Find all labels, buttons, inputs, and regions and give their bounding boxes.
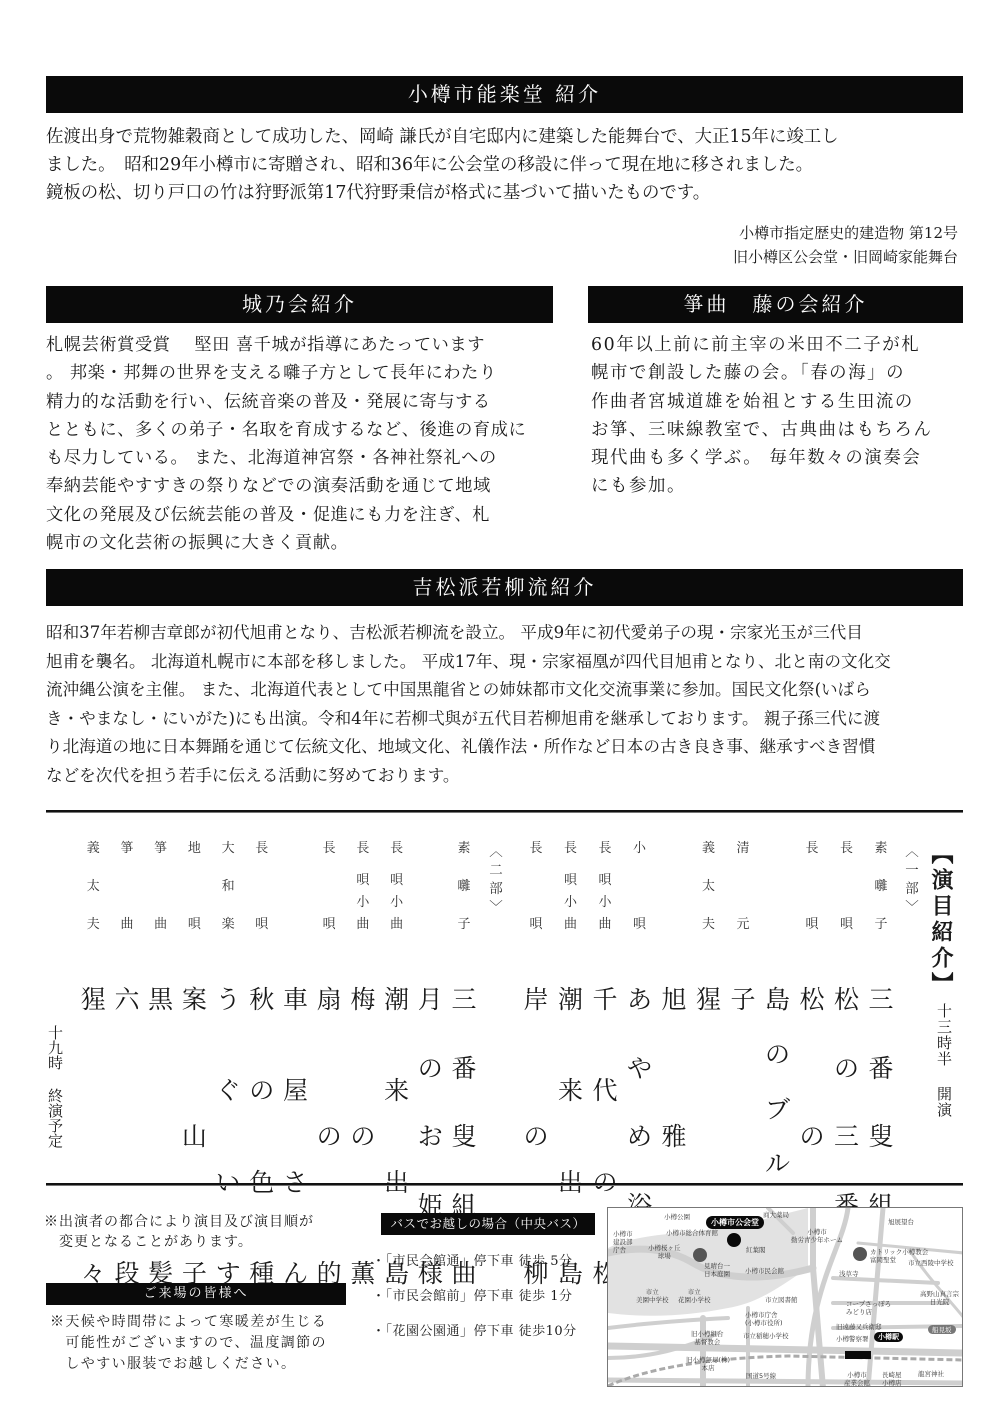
text-line: しやすい服装でお越しください。 [50, 1354, 327, 1375]
start-time: 十三時半 開演 [934, 1003, 955, 1118]
map-label-inaho: 市立稲穂小学校 [743, 1332, 789, 1340]
program-genre: 長唄 [314, 842, 344, 972]
bus-heading: バスでお越しの場合（中央バス） [381, 1213, 595, 1235]
map-label-ryugu: 龍宮神社 [918, 1370, 944, 1378]
map-label-kotohira: 旧小樽無尽(株) 本店 [686, 1356, 730, 1372]
program-genre [659, 842, 689, 972]
end-time: 十九時 終演予定 [45, 1025, 66, 1148]
visitors-heading-bar: ご来場の皆様へ [46, 1283, 346, 1305]
bus-stop-3: ・「花園公園通」停下車 徒歩10分 [372, 1320, 577, 1339]
bus-stop-2: ・「市民会館前」停下車 徒歩 1分 [372, 1285, 573, 1304]
program-item: 長唄松の緑 [797, 842, 827, 1162]
program-genre [415, 842, 445, 972]
program-genre: 長唄 [832, 842, 862, 972]
map-label-sangyo: 小樽市 産業会館 [844, 1371, 870, 1387]
program-genre: 箏曲 [146, 842, 176, 972]
program-item: 小唄あやめ浴衣 [625, 842, 655, 1162]
program-item: 箏曲六段 [112, 842, 142, 1162]
program-genre: 素囃子 [866, 842, 896, 972]
map-label-kumiai: 旧小樽組合 基督教会 [691, 1330, 724, 1346]
map-label-construction: 小樽市 建設部 庁舎 [613, 1230, 633, 1254]
text-line: ※出演者の都合により演目及び演目順が [44, 1212, 314, 1232]
map-label-stadium: 小樽桜ヶ丘 球場 [648, 1244, 681, 1260]
program-item: 長唄秋の色種 [247, 842, 277, 1162]
program-genre: 地唄 [179, 842, 209, 972]
program-genre: 箏曲 [112, 842, 142, 972]
program-item: 島のブルース [763, 842, 793, 1162]
divider-bottom [46, 1183, 963, 1186]
map-label-youth-home: 小樽市 勤労青少年ホーム [791, 1228, 843, 1244]
visitors-notice: ※天候や時間帯によって寒暖差が生じる 可能性がございますので、温度調節の しやす… [50, 1312, 327, 1375]
program-item: 長唄小曲梅の薫 [348, 842, 378, 1162]
map-label-gym: 小樽市総合体育館 [666, 1229, 718, 1237]
program-title: 潮来出島 [556, 987, 586, 1287]
program-item: 大和楽うぐいす [213, 842, 243, 1162]
map-label-asakusa: 浅草寺 [839, 1270, 859, 1278]
map-label-asahi: 旭展望台 [888, 1218, 914, 1226]
program-heading: 【演目紹介】 [926, 842, 957, 998]
program-genre: 長唄小曲 [348, 842, 378, 972]
map-funamizaka-callout: 船見坂 [928, 1325, 956, 1334]
program-genre: 義太夫 [694, 842, 724, 972]
text-line: 変更となることがあります。 [44, 1232, 314, 1252]
program-item: 月のお姫様 [415, 842, 445, 1162]
map-venue-callout[interactable]: 小樽市公会堂 [706, 1216, 764, 1229]
program-genre: 大和楽 [213, 842, 243, 972]
venue-label: 小樽市公会堂 [711, 1218, 759, 1227]
program-item: 義太夫猩々 [78, 842, 108, 1162]
bus-stop-1: ・「市民会館通」停下車 徒歩 5分 [372, 1250, 573, 1269]
map-label-pharmacy: 商大薬局 [763, 1211, 789, 1219]
program-item: 長唄扇の的 [314, 842, 344, 1162]
map-label-hanazono-es: 市立 花園小学校 [678, 1288, 711, 1304]
program-genre: 小唄 [625, 842, 655, 972]
program-item: 地唄案山子 [179, 842, 209, 1162]
station-label: 小樽駅 [878, 1333, 899, 1341]
program-title: 三番叟組曲 [449, 987, 479, 1287]
text-line: ※天候や時間帯によって寒暖差が生じる [50, 1312, 327, 1333]
program-title: 梅の薫 [348, 987, 378, 1287]
program-item: 義太夫猩々 [694, 842, 724, 1162]
map-label-route5: 国道5号線 [746, 1372, 776, 1380]
program-genre: 長唄小曲 [382, 842, 412, 972]
text-line: 可能性がございますので、温度調節の [50, 1333, 327, 1354]
program-item: 旭雅会 [659, 842, 689, 1162]
map-label-cityhall: 小樽市庁舎 (小樽市役所) [745, 1311, 783, 1327]
program-item: 車屋さん [281, 842, 311, 1162]
program-item: 長唄松の三番叟 [832, 842, 862, 1162]
part-2-label: 〈二部〉 [484, 844, 504, 918]
program-genre: 素囃子 [449, 842, 479, 972]
map-label-nagasakiya: 長崎屋 小樽店 [882, 1371, 902, 1387]
map-label-endo: 旧遠藤又兵衛邸 [836, 1323, 882, 1331]
map-label-nishiryo: 市立西陵中学校 [908, 1259, 954, 1267]
program-title: 扇の的 [314, 987, 344, 1287]
funamizaka-label: 船見坂 [932, 1326, 952, 1334]
map-label-bijo: 市立 美園中学校 [636, 1288, 669, 1304]
program-genre: 長唄 [521, 842, 551, 972]
map-label-kouyoukaku: 紅葉閣 [746, 1246, 766, 1254]
map-label-garden: 見晴台一 日本庭園 [704, 1262, 730, 1278]
map-label-park: 小樽公園 [664, 1213, 690, 1221]
map-label-coop: コープさっぽろ みどり店 [846, 1300, 891, 1316]
map-label-library: 市立図書館 [765, 1296, 798, 1304]
program-item: 長唄小曲潮来出島 [382, 842, 412, 1162]
map-label-koyasan: 高野山真言宗 日光院 [920, 1290, 959, 1306]
program-genre: 長唄 [797, 842, 827, 972]
part-1-label: 〈一部〉 [900, 844, 920, 918]
map-label-civic-hall: 小樽市民会館 [745, 1267, 784, 1275]
program-title: 月のお姫様 [415, 987, 445, 1287]
access-map[interactable]: 小樽公園 小樽市総合体育館 商大薬局 小樽市 建設部 庁舎 小樽桜ヶ丘 球場 見… [607, 1207, 963, 1387]
bus-heading-bar: バスでお越しの場合（中央バス） [381, 1213, 595, 1235]
program-genre: 長唄小曲 [590, 842, 620, 972]
program-genre: 長唄 [247, 842, 277, 972]
program-genre: 清元 [728, 842, 758, 972]
program-section: 素囃子三番叟組曲長唄松の三番叟長唄松の緑島のブルース清元子守義太夫猩々旭雅会小唄… [0, 0, 1000, 1415]
program-genre: 長唄小曲 [556, 842, 586, 972]
program-item: 素囃子三番叟組曲 [866, 842, 896, 1162]
program-item: 清元子守 [728, 842, 758, 1162]
program-item: 長唄小曲千代の松 [590, 842, 620, 1162]
program-genre [281, 842, 311, 972]
program-item: 箏曲黒髪 [146, 842, 176, 1162]
program-title: 潮来出島 [382, 987, 412, 1287]
change-notice: ※出演者の都合により演目及び演目順が 変更となることがあります。 [44, 1212, 314, 1252]
visitors-heading: ご来場の皆様へ [46, 1283, 346, 1305]
program-item: 長唄小曲潮来出島 [556, 842, 586, 1162]
program-genre [763, 842, 793, 972]
program-item: 長唄岸の柳 [521, 842, 551, 1162]
program-item: 素囃子三番叟組曲 [449, 842, 479, 1162]
program-genre: 義太夫 [78, 842, 108, 972]
program-title: 岸の柳 [521, 987, 551, 1287]
map-station-callout[interactable]: 小樽駅 [874, 1332, 903, 1342]
map-label-police: 小樽警察署 [836, 1335, 869, 1343]
